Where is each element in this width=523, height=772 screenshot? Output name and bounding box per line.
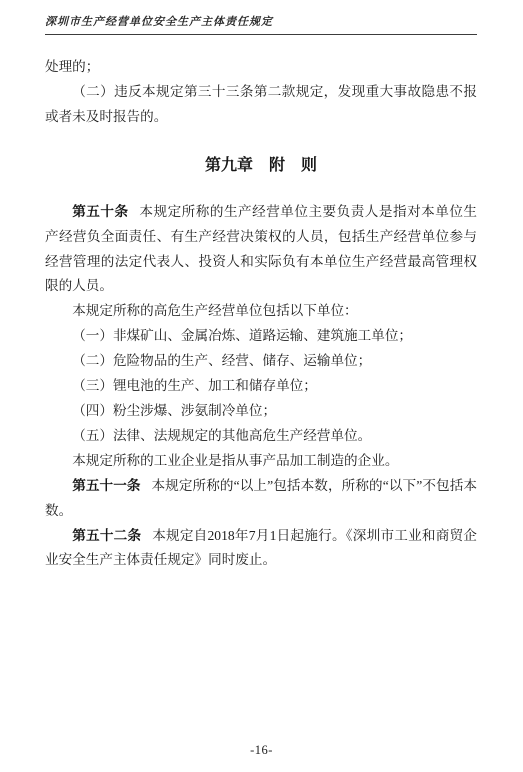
document-body: 处理的； （二）违反本规定第三十三条第二款规定，发现重大事故隐患不报或者未及时报… [45, 55, 477, 573]
paragraph-article-52: 第五十二条本规定自2018年7月1日起施行。《深圳市工业和商贸企业安全生产主体责… [45, 524, 477, 574]
paragraph-carryover: 处理的； [45, 55, 477, 80]
paragraph-violation-item: （二）违反本规定第三十三条第二款规定，发现重大事故隐患不报或者未及时报告的。 [45, 80, 477, 130]
list-item-hazard-1: （一）非煤矿山、金属冶炼、道路运输、建筑施工单位； [45, 324, 477, 349]
header-rule [45, 34, 477, 35]
list-item-hazard-2: （二）危险物品的生产、经营、储存、运输单位； [45, 349, 477, 374]
paragraph-hazard-intro: 本规定所称的高危生产经营单位包括以下单位： [45, 299, 477, 324]
page-number: -16- [0, 743, 523, 758]
article-50-label: 第五十条 [72, 204, 128, 219]
article-51-label: 第五十一条 [72, 478, 140, 493]
list-item-hazard-3: （三）锂电池的生产、加工和储存单位； [45, 374, 477, 399]
article-52-label: 第五十二条 [72, 528, 141, 543]
list-item-hazard-4: （四）粉尘涉爆、涉氨制冷单位； [45, 399, 477, 424]
chapter-heading: 第九章 附 则 [45, 153, 477, 178]
paragraph-article-51: 第五十一条本规定所称的“以上”包括本数，所称的“以下”不包括本数。 [45, 474, 477, 524]
running-header: 深圳市生产经营单位安全生产主体责任规定 [45, 13, 477, 29]
list-item-hazard-5: （五）法律、法规规定的其他高危生产经营单位。 [45, 424, 477, 449]
paragraph-article-50: 第五十条本规定所称的生产经营单位主要负责人是指对本单位生产经营负全面责任、有生产… [45, 200, 477, 300]
paragraph-industrial-def: 本规定所称的工业企业是指从事产品加工制造的企业。 [45, 449, 477, 474]
running-header-title: 深圳市生产经营单位安全生产主体责任规定 [45, 16, 273, 28]
document-page: 深圳市生产经营单位安全生产主体责任规定 处理的； （二）违反本规定第三十三条第二… [0, 0, 523, 772]
